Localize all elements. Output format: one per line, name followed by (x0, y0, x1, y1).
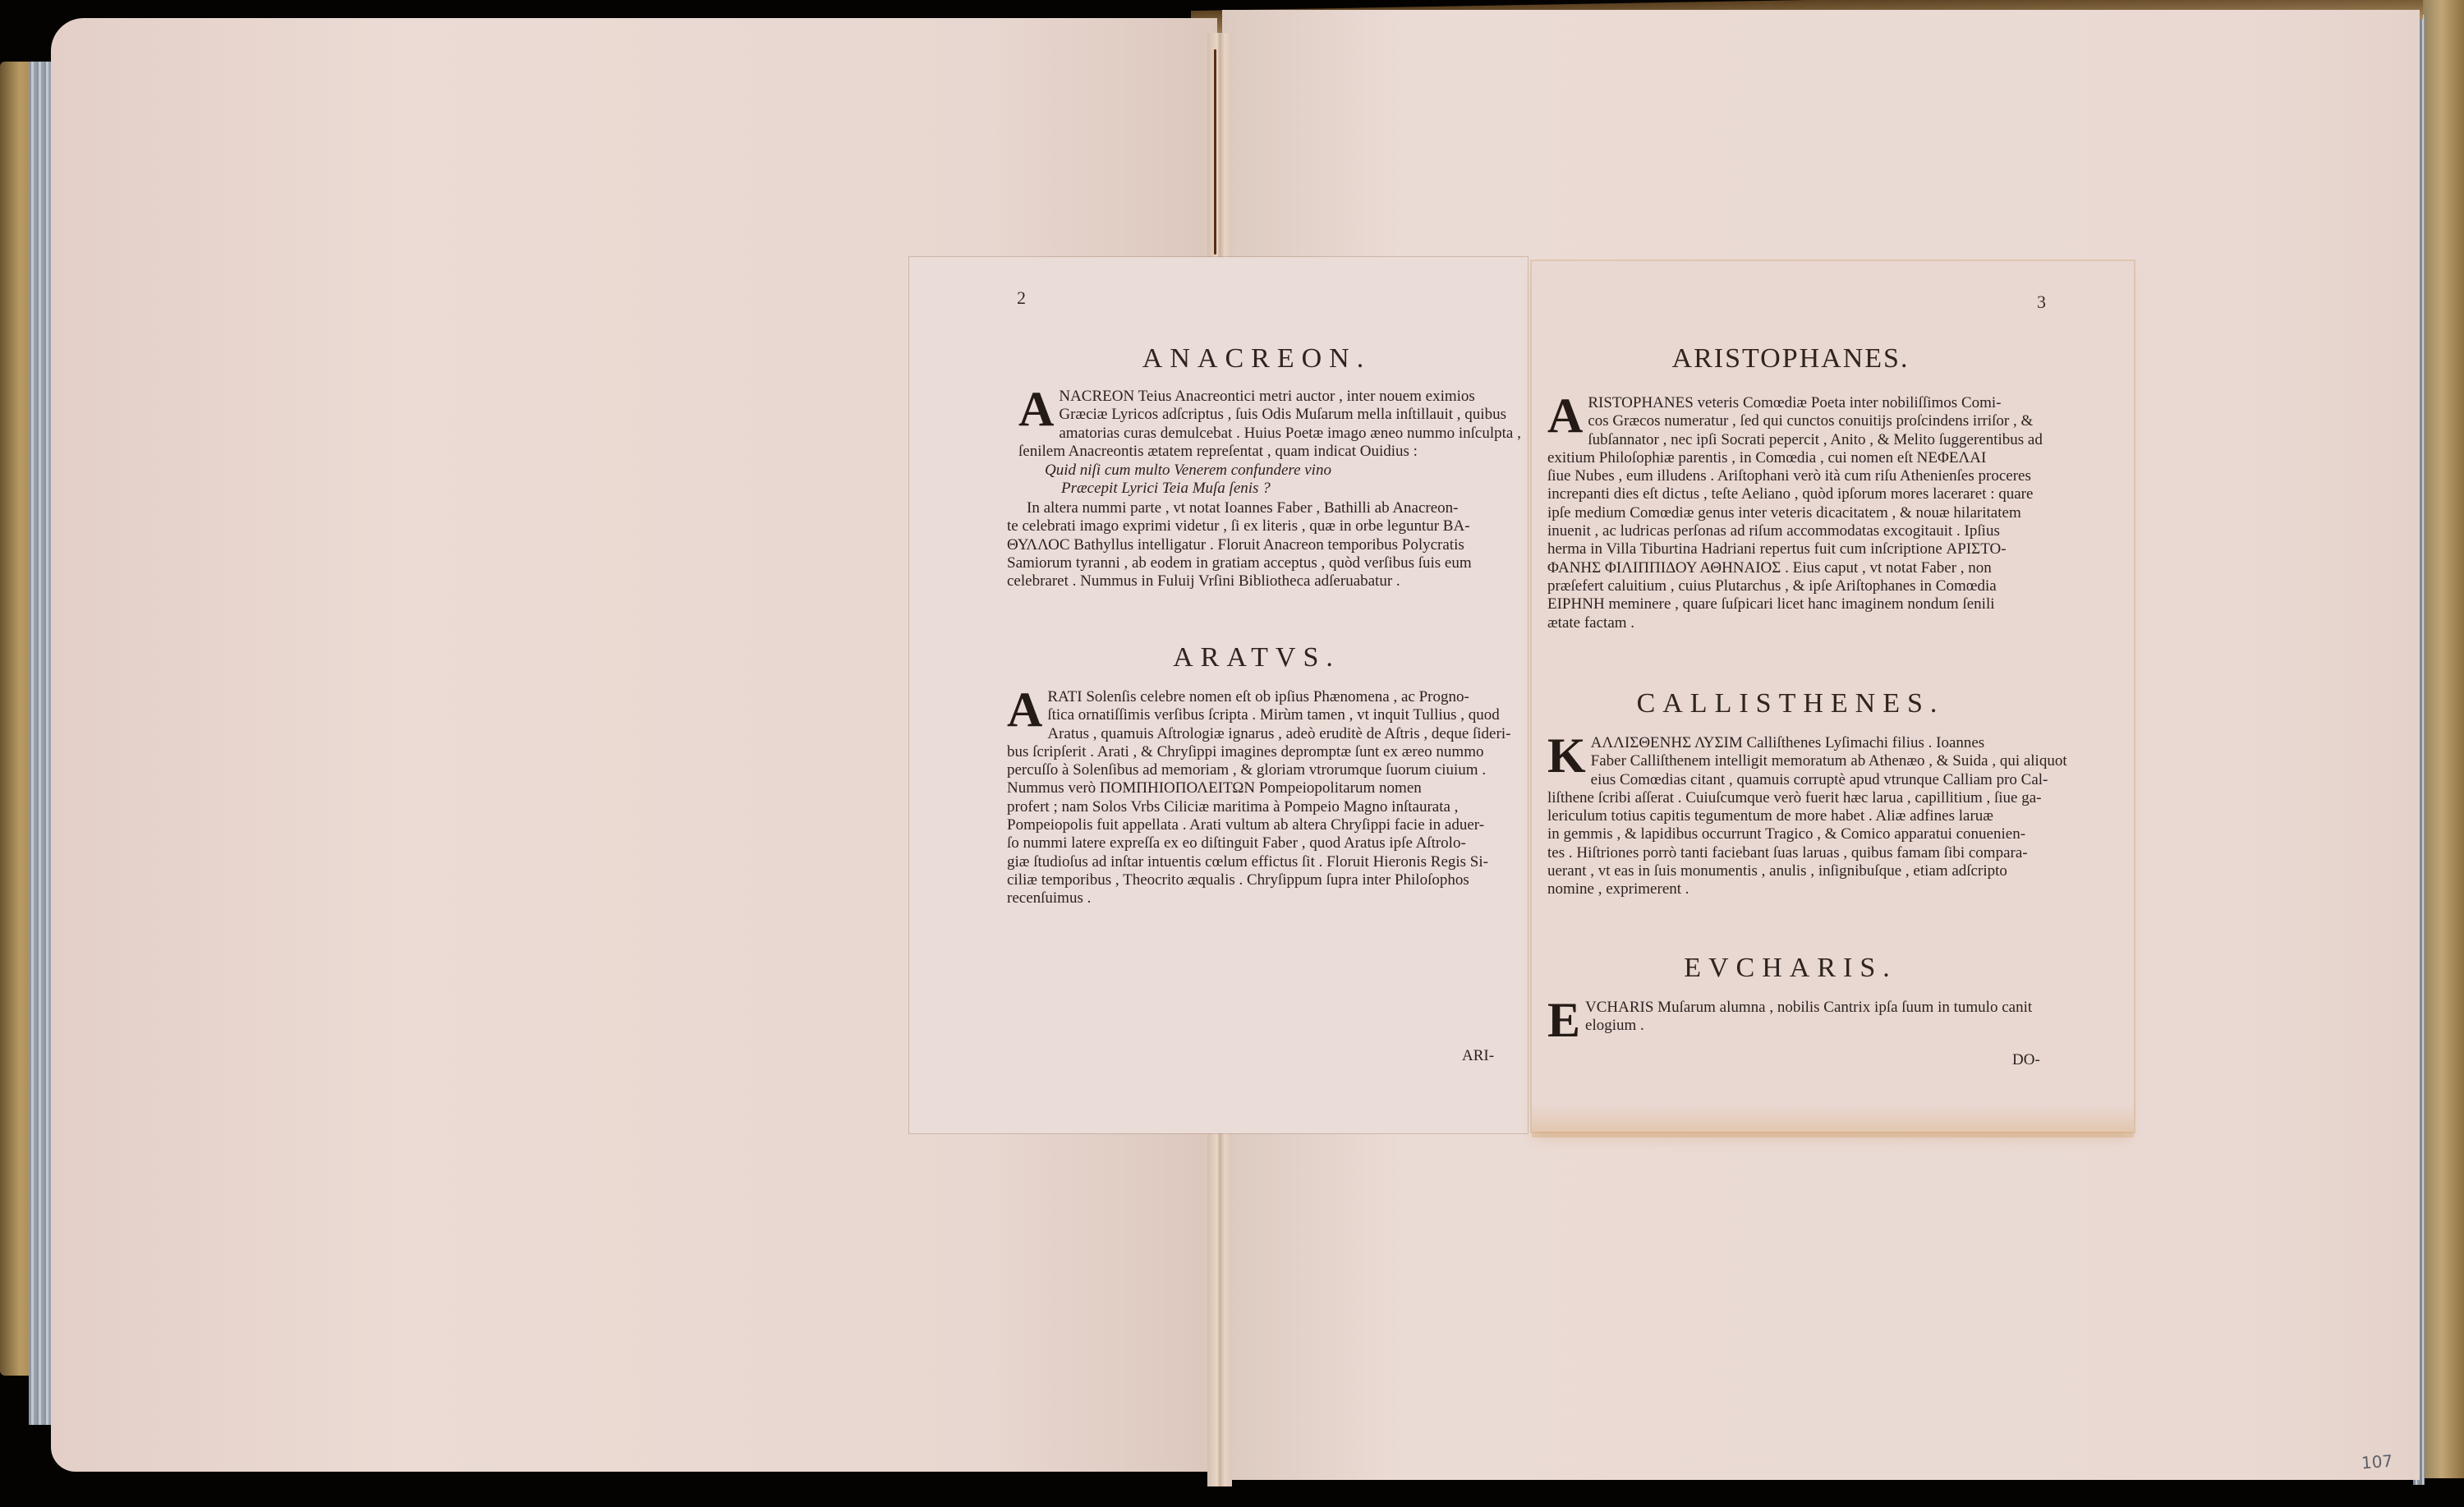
verse-line-1: Quid niſi cum multo Venerem confundere v… (1045, 462, 1331, 480)
text-line: Nummus verò ΠΟΜΠΗΙΟΠΟΛΕΙΤΩΝ Pompeiopolit… (1007, 779, 1504, 797)
paragraph-aratus: A RATI Solenſis celebre nomen eſt ob ipſ… (1007, 688, 1504, 908)
paragraph-eucharis: E VCHARIS Muſarum alumna , nobilis Cantr… (1547, 999, 2028, 1036)
text-line: NACREON Teius Anacreontici metri auctor … (1018, 388, 1503, 406)
paragraph-anacreon-cont: In altera nummi parte , vt notat Ioannes… (1007, 499, 1500, 590)
text-line: eius Comœdias citant , quamuis corruptè … (1547, 771, 2028, 789)
heading-aratus: ARATVS. (1010, 642, 1503, 673)
text-line: ipſe medium Comœdiæ genus inter veteris … (1547, 504, 2028, 522)
paragraph-anacreon: A NACREON Teius Anacreontici metri aucto… (1018, 388, 1503, 461)
text-line: Pompeiopolis fuit appellata . Arati vult… (1007, 816, 1504, 834)
text-line: percuſſo à Solenſibus ad memoriam , & gl… (1007, 761, 1504, 779)
text-line: ætate factam . (1547, 614, 2028, 632)
text-line: nomine , exprimerent . (1547, 880, 2028, 898)
text-line: ſenilem Anacreontis ætatem repreſentat ,… (1018, 443, 1503, 461)
text-line: ſiue Nubes , eum illudens . Ariſtophani … (1547, 467, 2028, 485)
text-line: liſthene ſcribi aſſerat . Cuiuſcumque ve… (1547, 789, 2028, 807)
text-line: te celebrati imago exprimi videtur , ſi … (1007, 517, 1500, 535)
verse-line-2: Præcepit Lyrici Teia Muſa ſenis ? (1061, 480, 1271, 498)
left-page-edges (29, 62, 53, 1425)
text-line: in gemmis , & lapidibus occurrunt Tragic… (1547, 825, 2028, 843)
text-line: ΕΙΡΗΝΗ meminere , quare ſuſpicari licet … (1547, 595, 2028, 613)
text-line: celebraret . Nummus in Fuluij Vrſini Bib… (1007, 572, 1500, 590)
text-line: RISTOPHANES veteris Comœdiæ Poeta inter … (1547, 394, 2028, 412)
text-line: Aratus , quamuis Aſtrologiæ ignarus , ad… (1007, 725, 1504, 743)
dropcap-aratus: A (1007, 690, 1042, 729)
catchword-left: ARI- (1462, 1047, 1494, 1065)
dropcap-callisthenes: K (1547, 736, 1586, 775)
text-line: ΑΛΛΙΣΘΕΝΗΣ ΛΥΣΙΜ Calliſthenes Lyſimachi … (1547, 734, 2028, 752)
heading-anacreon: ANACREON. (1010, 343, 1503, 374)
text-line: amatorias curas demulcebat . Huius Poetæ… (1018, 425, 1503, 443)
text-line: Græciæ Lyricos adſcriptus , ſuis Odis Mu… (1018, 406, 1503, 424)
text-line: cos Græcos numeratur , ſed qui cunctos c… (1547, 412, 2028, 430)
text-line: VCHARIS Muſarum alumna , nobilis Cantrix… (1547, 999, 2028, 1017)
paragraph-aristophanes: A RISTOPHANES veteris Comœdiæ Poeta inte… (1547, 394, 2028, 632)
dropcap-anacreon: A (1018, 389, 1054, 429)
text-line: inuenit , ac ludricas perſonas ad riſum … (1547, 522, 2028, 540)
text-line: ΘΥΛΛΟC Bathyllus intelligatur . Floruit … (1007, 536, 1500, 554)
paragraph-callisthenes: K ΑΛΛΙΣΘΕΝΗΣ ΛΥΣΙΜ Calliſthenes Lyſimach… (1547, 734, 2028, 899)
text-line: recenſuimus . (1007, 889, 1504, 907)
text-line: profert ; nam Solos Vrbs Ciliciæ maritim… (1007, 798, 1504, 816)
heading-eucharis: EVCHARIS. (1544, 953, 2037, 984)
dropcap-eucharis: E (1547, 1000, 1580, 1040)
text-line: ΦΑΝΗΣ ΦΙΛΙΠΠΙΔΟΥ ΑΘΗΝΑΙΟΣ . Eius caput ,… (1547, 559, 2028, 577)
page-number-right: 3 (2037, 292, 2046, 313)
text-line: RATI Solenſis celebre nomen eſt ob ipſiu… (1007, 688, 1504, 706)
text-line: ciliæ temporibus , Theocrito æqualis . C… (1007, 871, 1504, 889)
text-line: exitium Philoſophiæ parentis , in Comœdi… (1547, 449, 2028, 467)
text-line: uerant , vt eas in ſuis monumentis , anu… (1547, 862, 2028, 880)
pencil-folio-number: 107 (2361, 1451, 2393, 1473)
text-line: tes . Hiſtriones porrò tanti faciebant ſ… (1547, 844, 2028, 862)
text-line: giæ ſtudioſus ad inſtar intuentis cœlum … (1007, 853, 1504, 871)
dropcap-aristophanes: A (1547, 396, 1583, 435)
water-stain (1532, 1105, 2134, 1137)
text-line: Samiorum tyranni , ab eodem in gratiam a… (1007, 554, 1500, 572)
text-line: ſo nummi latere expreſſa ex eo diſtingui… (1007, 834, 1504, 852)
heading-callisthenes: CALLISTHENES. (1544, 688, 2037, 719)
text-line: Faber Calliſthenem intelligit memoratum … (1547, 752, 2028, 770)
gutter-crack (1214, 49, 1216, 255)
page-number-left: 2 (1017, 287, 1026, 309)
text-line: herma in Villa Tiburtina Hadriani repert… (1547, 540, 2028, 558)
text-line: ſubſannator , nec ipſi Socrati pepercit … (1547, 431, 2028, 449)
right-cover-binding (2419, 0, 2464, 1478)
text-line: In altera nummi parte , vt notat Ioannes… (1007, 499, 1500, 517)
catchword-right: DO- (2012, 1051, 2040, 1069)
text-line: increpanti dies eſt dictus , teſte Aelia… (1547, 485, 2028, 503)
text-line: præſefert caluitium , cuius Plutarchus ,… (1547, 577, 2028, 595)
text-line: lericulum totius capitis tegumentum de m… (1547, 807, 2028, 825)
text-line: elogium . (1547, 1017, 2028, 1035)
heading-aristophanes: ARISTOPHANES. (1544, 343, 2037, 374)
text-line: ſtica ornatiſſimis verſibus ſcripta . Mi… (1007, 706, 1504, 724)
text-line: bus ſcripſerit . Arati , & Chryſippi ima… (1007, 743, 1504, 761)
